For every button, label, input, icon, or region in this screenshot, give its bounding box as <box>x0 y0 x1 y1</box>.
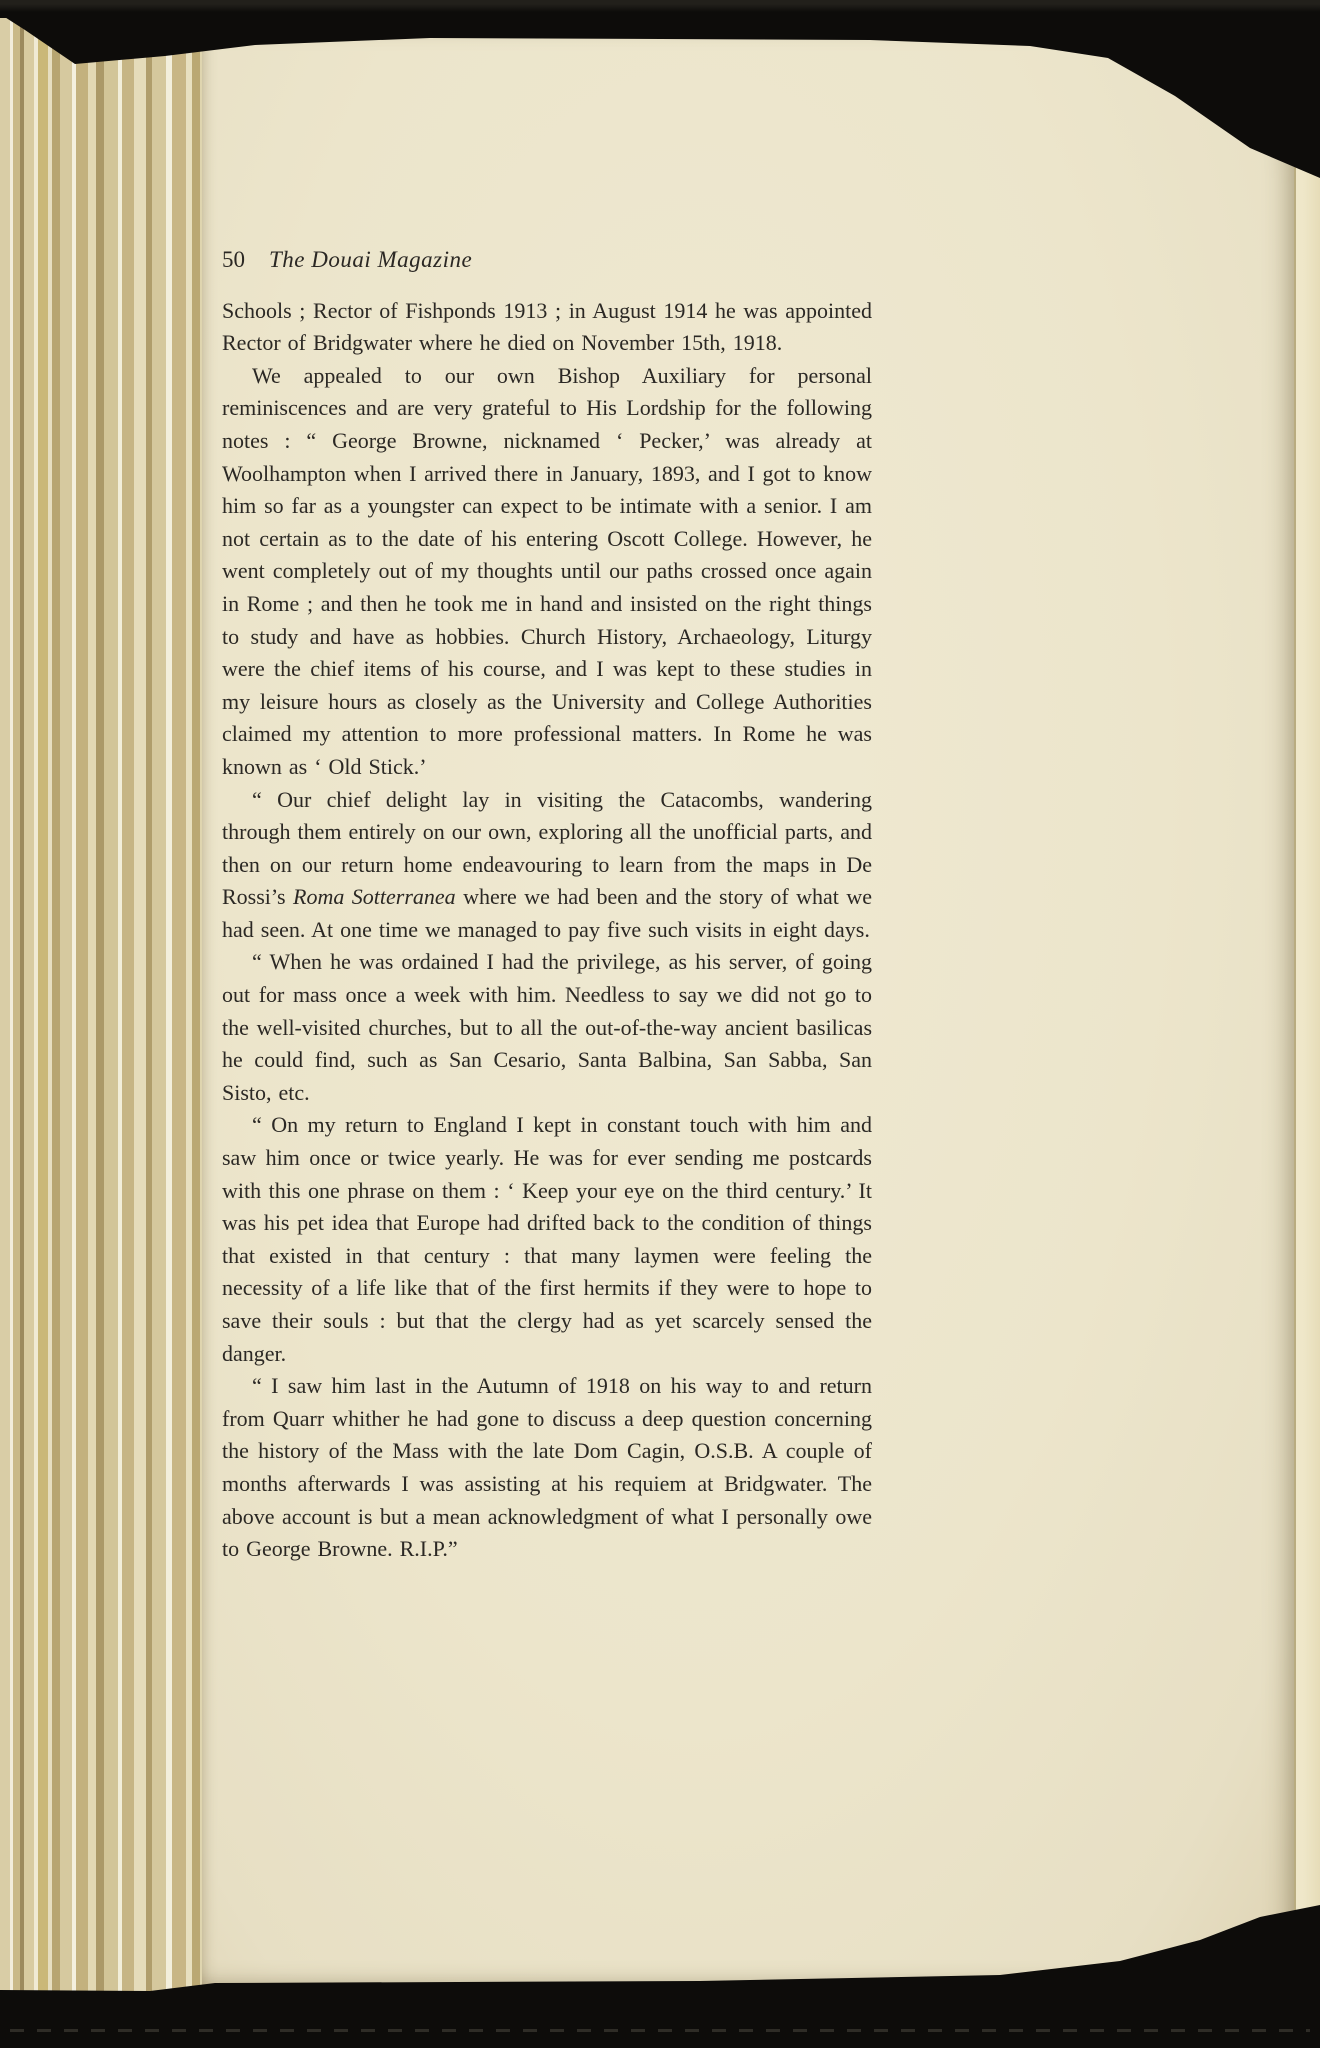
paragraph: “ When he was ordained I had the privile… <box>222 946 872 1109</box>
page-stack-left-edge <box>0 18 215 1993</box>
magazine-title: The Douai Magazine <box>269 244 472 277</box>
paragraph: “ On my return to England I kept in cons… <box>222 1109 872 1370</box>
paragraph: “ I saw him last in the Autumn of 1918 o… <box>222 1370 872 1566</box>
text-segment: “ When he was ordained I had the privile… <box>222 949 872 1104</box>
adjacent-page-edge <box>1294 148 1320 1910</box>
text-segment: We appealed to our own Bishop Auxiliary … <box>222 363 872 779</box>
text-block: 50 The Douai Magazine Schools ; Rector o… <box>222 244 872 1566</box>
paragraph: Schools ; Rector of Fishponds 1913 ; in … <box>222 295 872 360</box>
page-header: 50 The Douai Magazine <box>222 244 872 277</box>
page-number: 50 <box>222 244 245 277</box>
text-segment: “ I saw him last in the Autumn of 1918 o… <box>222 1373 872 1561</box>
paragraph: We appealed to our own Bishop Auxiliary … <box>222 360 872 784</box>
book-scan: 50 The Douai Magazine Schools ; Rector o… <box>0 0 1320 2048</box>
text-segment: Schools ; Rector of Fishponds 1913 ; in … <box>222 298 872 356</box>
text-segment: “ On my return to England I kept in cons… <box>222 1112 872 1365</box>
cover-stitching <box>10 2029 1310 2032</box>
italic-text-segment: Roma Sotterranea <box>293 884 456 909</box>
paragraph: “ Our chief delight lay in visiting the … <box>222 784 872 947</box>
